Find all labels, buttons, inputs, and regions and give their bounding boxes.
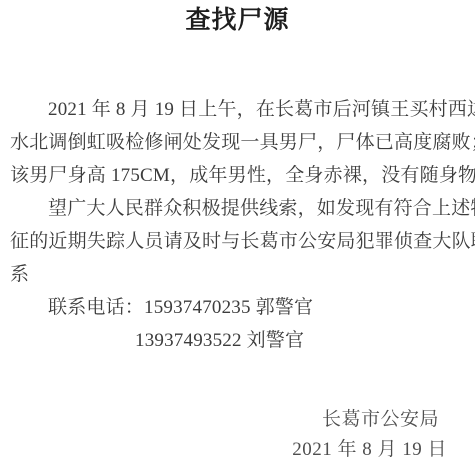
body-line-6: 系 bbox=[10, 258, 467, 291]
contact-phone-line-1: 联系电话：15937470235 郭警官 bbox=[10, 291, 467, 324]
notice-title: 查找尸源 bbox=[0, 6, 475, 36]
signature-block: 长葛市公安局 2021 年 8 月 19 日 bbox=[0, 405, 475, 465]
contact-phone-line-2: 13937493522 刘警官 bbox=[10, 324, 467, 357]
body-line-2: 水北调倒虹吸检修闸处发现一具男尸，尸体已高度腐败； bbox=[10, 126, 467, 159]
body-line-3: 该男尸身高 175CM，成年男性，全身赤裸，没有随身物品。 bbox=[10, 159, 467, 192]
notice-body: 2021 年 8 月 19 日上午，在长葛市后河镇王买村西边南 水北调倒虹吸检修… bbox=[0, 93, 475, 357]
issuer-name: 长葛市公安局 bbox=[0, 405, 475, 435]
body-line-1: 2021 年 8 月 19 日上午，在长葛市后河镇王买村西边南 bbox=[10, 93, 467, 126]
body-line-4: 望广大人民群众积极提供线索，如发现有符合上述特 bbox=[10, 192, 467, 225]
body-line-5: 征的近期失踪人员请及时与长葛市公安局犯罪侦查大队联 bbox=[10, 225, 467, 258]
notice-page: 查找尸源 2021 年 8 月 19 日上午，在长葛市后河镇王买村西边南 水北调… bbox=[0, 0, 475, 467]
issue-date: 2021 年 8 月 19 日 bbox=[0, 435, 475, 465]
